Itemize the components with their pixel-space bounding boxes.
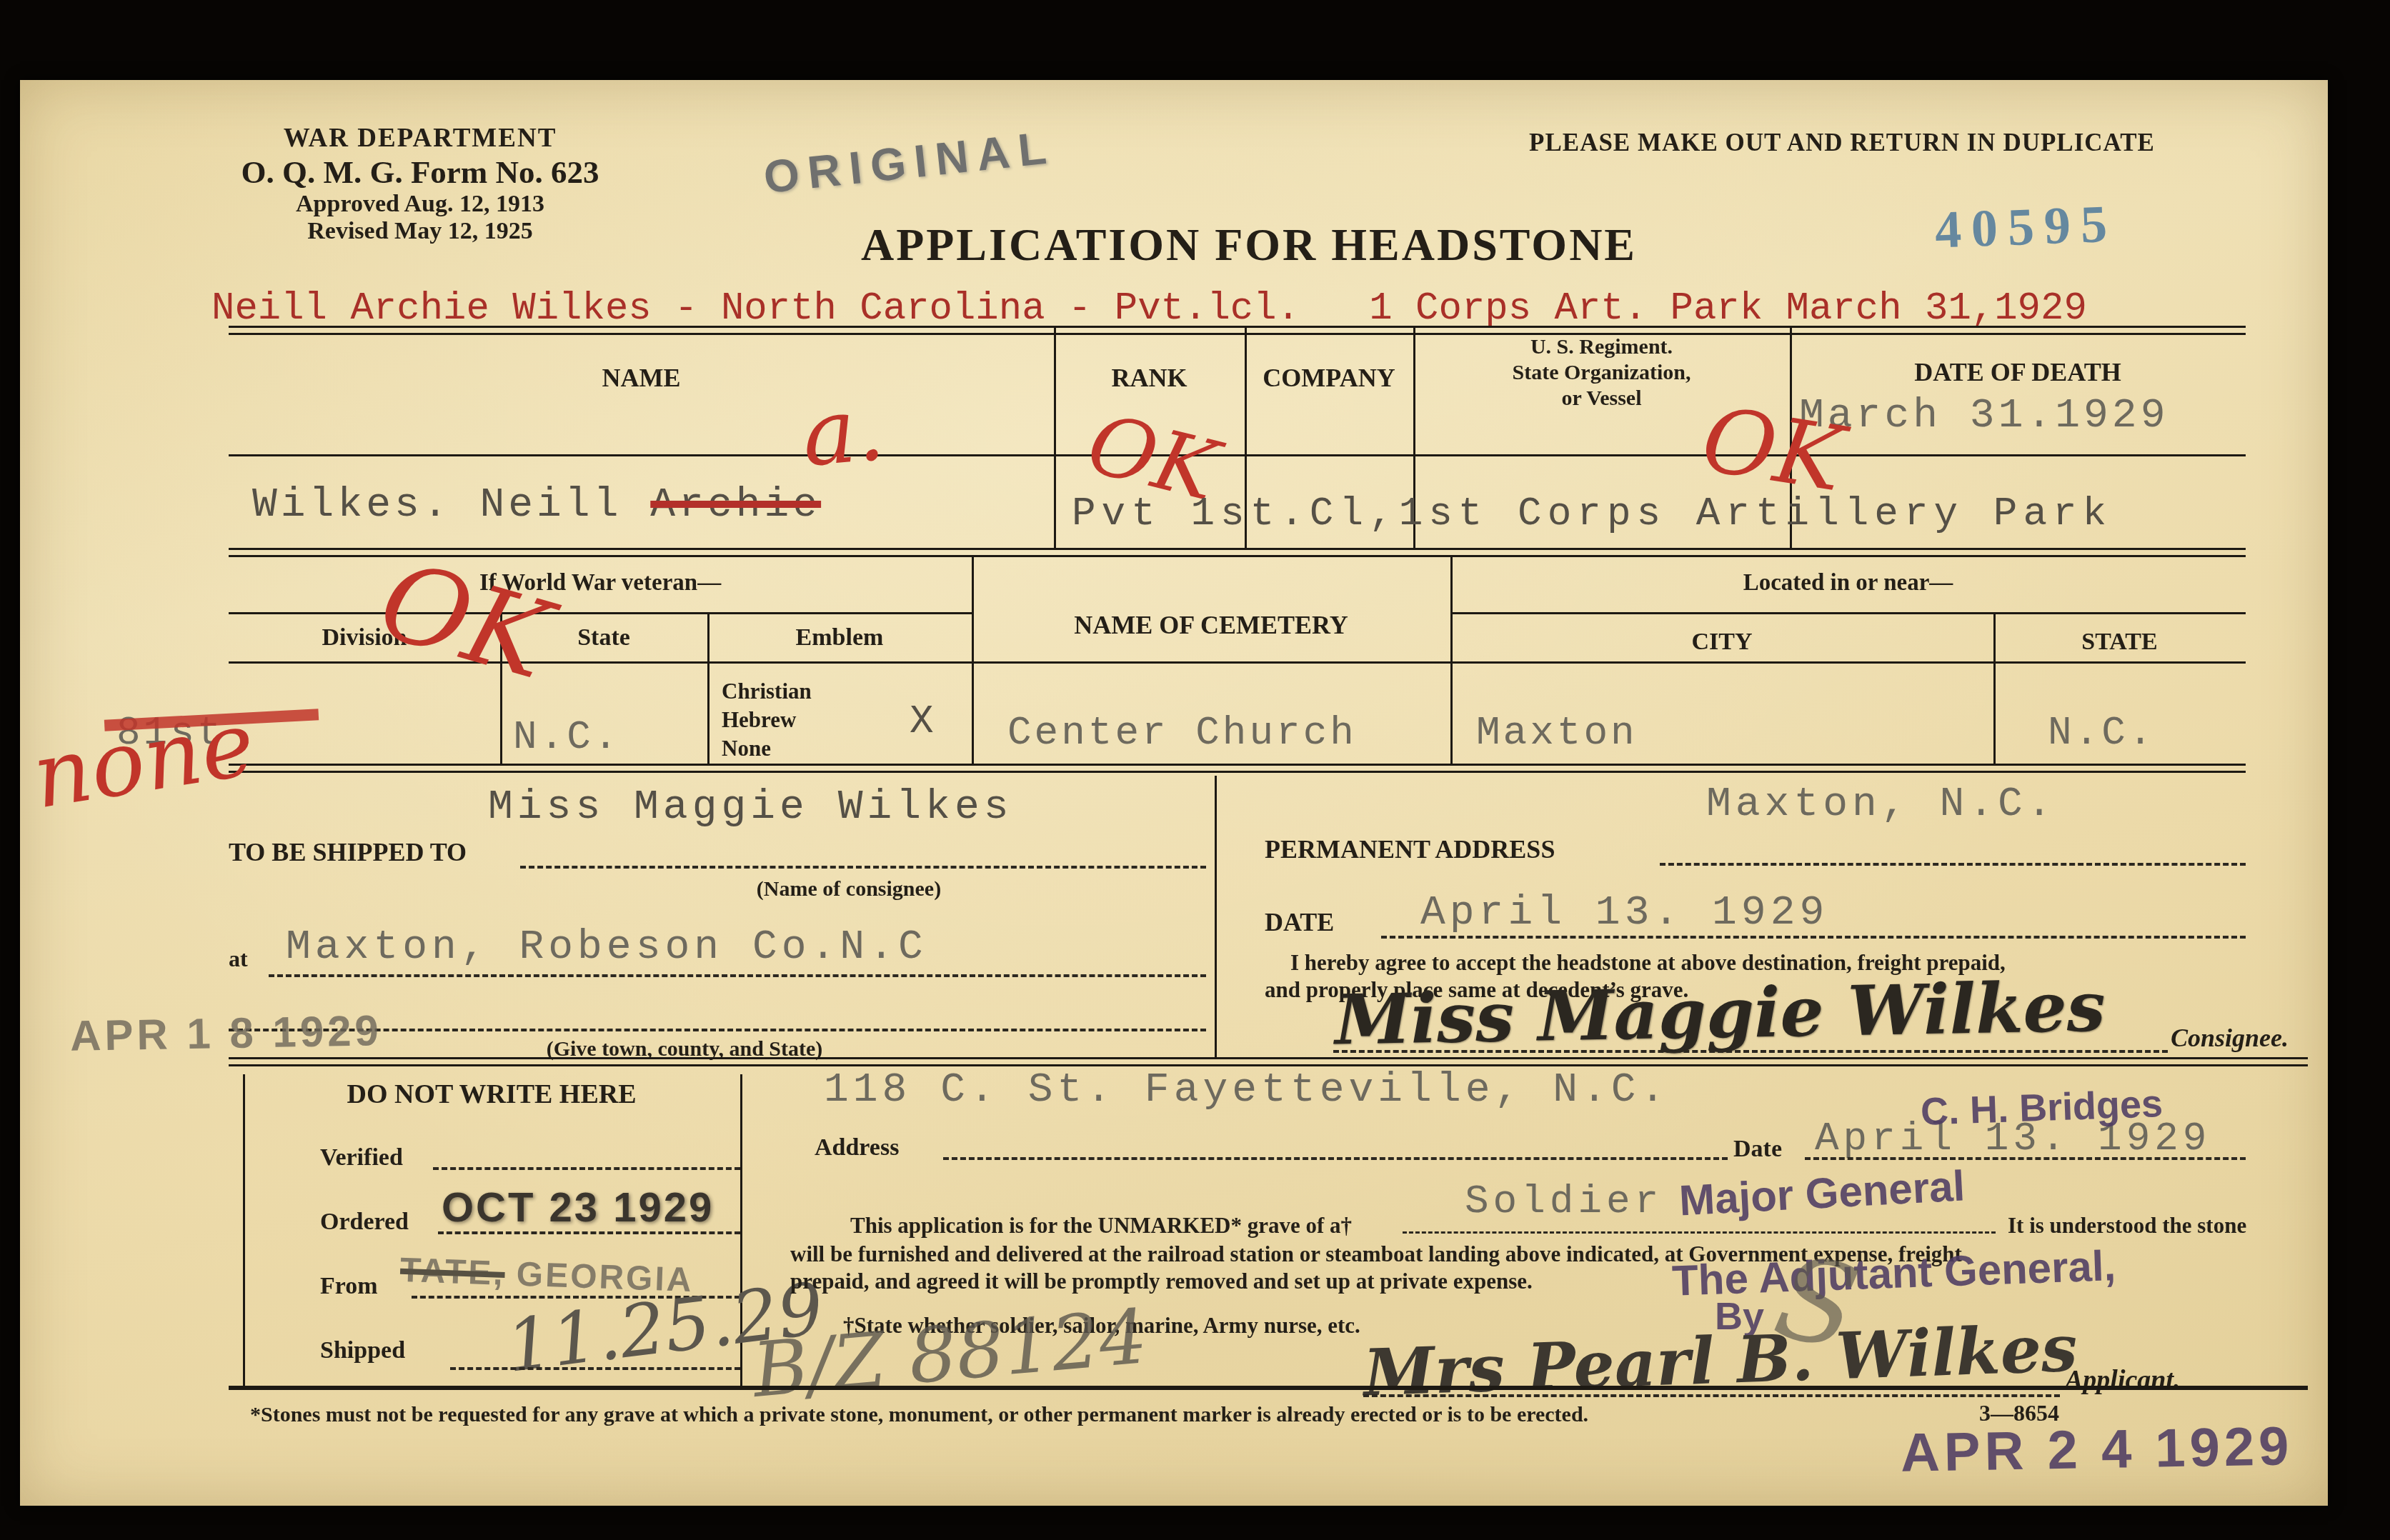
at-line bbox=[269, 946, 1206, 977]
form-number-label: O. Q. M. G. Form No. 623 bbox=[213, 154, 627, 191]
rule-col-emblem-cemetery bbox=[972, 556, 974, 764]
apr-18-1929-stamp: APR 1 8 1929 bbox=[69, 1006, 382, 1061]
rule-located bbox=[1450, 612, 2246, 614]
apr-24-1929-stamp: APR 2 4 1929 bbox=[1900, 1415, 2294, 1484]
city-value: Maxton bbox=[1476, 710, 1638, 756]
emblem-option-hebrew: Hebrew bbox=[722, 706, 812, 734]
at-label: at bbox=[229, 946, 248, 972]
rank-regiment-value: Pvt 1st.Cl,1st Corps Artillery Park bbox=[1072, 491, 2112, 536]
soldier-name-main: Wilkes. Neill bbox=[252, 482, 650, 529]
emblem-mark-value: X bbox=[910, 699, 934, 744]
do-not-write-here-title: DO NOT WRITE HERE bbox=[243, 1079, 740, 1110]
rule-ww-veteran bbox=[229, 612, 972, 614]
consignee-hint-label: (Name of consignee) bbox=[634, 877, 1063, 901]
serial-number-stamp: 40595 bbox=[1934, 194, 2118, 261]
date-line-bottom bbox=[1805, 1129, 2246, 1160]
address-line bbox=[943, 1129, 1728, 1160]
red-none-annotation: none bbox=[26, 692, 262, 829]
rule-header-underline bbox=[229, 454, 2246, 456]
scanned-headstone-application: { "colors":{"paper":"#ecdbab","ink":"#24… bbox=[0, 0, 2390, 1540]
verified-label: Verified bbox=[320, 1144, 403, 1171]
rule-office-box-left bbox=[243, 1074, 245, 1387]
date-of-death-value: March 31.1929 bbox=[1799, 393, 2169, 439]
address-label: Address bbox=[815, 1134, 899, 1161]
shipped-label: Shipped bbox=[320, 1337, 405, 1364]
city-header: CITY bbox=[1450, 629, 1993, 656]
rule-footer-heavy bbox=[229, 1386, 2308, 1390]
rule-row3-divider bbox=[1215, 776, 1217, 1057]
world-war-veteran-header: If World War veteran— bbox=[229, 570, 972, 596]
duplicate-instruction: PLEASE MAKE OUT AND RETURN IN DUPLICATE bbox=[1456, 129, 2228, 157]
consignee-signature-line bbox=[1333, 1021, 2168, 1053]
emblem-options: Christian Hebrew None bbox=[722, 677, 812, 763]
approved-date-label: Approved Aug. 12, 1913 bbox=[213, 191, 627, 218]
rank-header: RANK bbox=[1054, 363, 1245, 393]
rule-row3-bottom bbox=[229, 1057, 2308, 1066]
cemetery-value: Center Church bbox=[1007, 710, 1357, 756]
red-correction-a: a. bbox=[798, 376, 888, 486]
to-be-shipped-to-label: TO BE SHIPPED TO bbox=[229, 837, 467, 867]
rule-row1-bottom bbox=[229, 548, 2246, 557]
shipped-to-line bbox=[520, 837, 1206, 869]
footnote-text: *Stones must not be requested for any gr… bbox=[250, 1403, 1588, 1427]
applicant-address-value: 118 C. St. Fayetteville, N.C. bbox=[824, 1067, 1669, 1114]
consignee-role-label: Consignee. bbox=[2171, 1023, 2289, 1053]
consignee-typed-value: Miss Maggie Wilkes bbox=[488, 784, 1013, 831]
rule-col-name-rank bbox=[1054, 328, 1056, 548]
from-label: From bbox=[320, 1273, 378, 1300]
unmarked-para-line1b: It is understood the stone bbox=[2008, 1213, 2246, 1239]
date-label-right: DATE bbox=[1265, 907, 1334, 937]
revised-date-label: Revised May 12, 1925 bbox=[213, 218, 627, 245]
regiment-header-line2: State Organization, bbox=[1413, 360, 1790, 386]
rule-table-top bbox=[229, 326, 2246, 335]
applicant-role-label: Applicant. bbox=[2065, 1364, 2181, 1396]
emblem-option-none: None bbox=[722, 734, 812, 763]
emblem-header: Emblem bbox=[707, 624, 972, 651]
soldier-name-value: Wilkes. Neill Archie bbox=[252, 482, 821, 529]
company-header: COMPANY bbox=[1245, 363, 1413, 393]
unmarked-para-line3: prepaid, and agreed it will be promptly … bbox=[790, 1269, 1533, 1294]
date-label-bottom: Date bbox=[1733, 1136, 1782, 1163]
form-paper: WAR DEPARTMENT O. Q. M. G. Form No. 623 … bbox=[20, 80, 2328, 1506]
cemetery-header: NAME OF CEMETERY bbox=[972, 610, 1450, 640]
red-typed-summary-line: Neill Archie Wilkes - North Carolina - P… bbox=[211, 287, 2087, 331]
red-ok-state: OK bbox=[367, 538, 563, 704]
original-stamp: ORIGINAL bbox=[761, 121, 1057, 204]
war-department-label: WAR DEPARTMENT bbox=[213, 123, 627, 154]
ordered-label: Ordered bbox=[320, 1209, 409, 1236]
rule-row2-bottom bbox=[229, 764, 2246, 773]
verified-line bbox=[433, 1139, 740, 1170]
soldier-name-struck: Archie bbox=[650, 482, 821, 529]
bridges-name-stamp: C. H. Bridges bbox=[1920, 1081, 2164, 1134]
form-identification-block: WAR DEPARTMENT O. Q. M. G. Form No. 623 … bbox=[213, 123, 627, 245]
date-line-right bbox=[1381, 907, 2246, 939]
ordered-line bbox=[438, 1203, 740, 1234]
state-value: N.C. bbox=[513, 714, 620, 760]
permanent-address-line bbox=[1660, 834, 2246, 866]
form-title: APPLICATION FOR HEADSTONE bbox=[792, 219, 1706, 271]
unmarked-para-line1: This application is for the UNMARKED* gr… bbox=[850, 1213, 1352, 1239]
applicant-signature-line bbox=[1363, 1366, 2060, 1397]
located-in-or-near-header: Located in or near— bbox=[1450, 570, 2246, 596]
name-header: NAME bbox=[229, 363, 1054, 393]
date-of-death-header: DATE OF DEATH bbox=[1790, 357, 2246, 387]
regiment-header-line1: U. S. Regiment. bbox=[1413, 334, 1790, 360]
emblem-option-christian: Christian bbox=[722, 677, 812, 706]
shipped-line bbox=[450, 1339, 740, 1370]
permanent-address-value: Maxton, N.C. bbox=[1706, 781, 2056, 828]
permanent-address-label: PERMANENT ADDRESS bbox=[1265, 834, 1555, 864]
state2-value: N.C. bbox=[2048, 710, 2155, 756]
state2-header: STATE bbox=[1993, 629, 2246, 656]
